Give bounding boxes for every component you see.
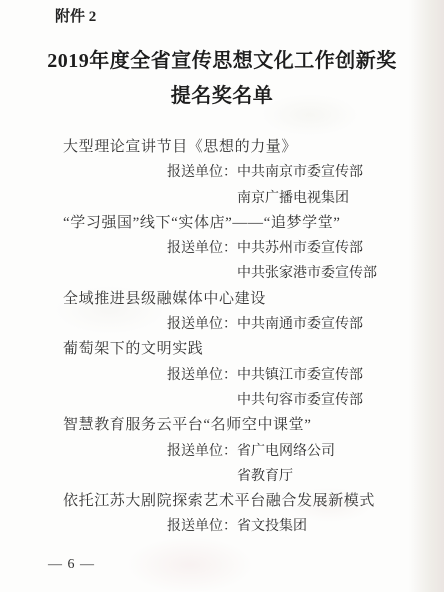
award-entry-1: 大型理论宣讲节目《思想的力量》 报送单位：中共南京市委宣传部 南京广播电视集团 — [0, 135, 444, 211]
unit-name: 中共苏州市委宣传部 — [237, 241, 363, 256]
unit-label: 报送单位： — [167, 317, 237, 332]
unit-name: 中共张家港市委宣传部 — [237, 261, 444, 286]
submitting-unit-line: 报送单位：中共镇江市委宣传部 — [167, 363, 444, 388]
project-name: 智慧教育服务云平台“名师空中课堂” — [63, 413, 444, 438]
unit-name: 省文投集团 — [237, 519, 307, 534]
project-name: 依托江苏大剧院探索艺术平台融合发展新模式 — [63, 489, 444, 514]
unit-name: 中共南通市委宣传部 — [237, 317, 363, 332]
award-entry-2: “学习强国”线下“实体店”——“追梦学堂” 报送单位：中共苏州市委宣传部 中共张… — [0, 211, 444, 287]
title-line-2: 提名奖名单 — [0, 79, 444, 114]
award-list: 大型理论宣讲节目《思想的力量》 报送单位：中共南京市委宣传部 南京广播电视集团 … — [0, 135, 444, 540]
unit-name: 南京广播电视集团 — [237, 186, 444, 211]
page-number: — 6 — — [48, 557, 444, 573]
unit-name: 省广电网络公司 — [237, 444, 335, 459]
unit-label: 报送单位： — [167, 241, 237, 256]
award-entry-4: 葡萄架下的文明实践 报送单位：中共镇江市委宣传部 中共句容市委宣传部 — [0, 337, 444, 413]
submitting-unit-line: 报送单位：中共苏州市委宣传部 — [167, 236, 444, 261]
project-name: 全域推进县级融媒体中心建设 — [63, 287, 444, 312]
award-entry-3: 全域推进县级融媒体中心建设 报送单位：中共南通市委宣传部 — [0, 287, 444, 338]
project-name: 大型理论宣讲节目《思想的力量》 — [63, 135, 444, 160]
submitting-unit-line: 报送单位：中共南京市委宣传部 — [167, 160, 444, 185]
project-name: 葡萄架下的文明实践 — [63, 337, 444, 362]
attachment-label: 附件 2 — [55, 0, 444, 27]
unit-label: 报送单位： — [167, 165, 237, 180]
submitting-unit-line: 报送单位：省文投集团 — [167, 514, 444, 539]
submitting-unit-line: 报送单位：省广电网络公司 — [167, 439, 444, 464]
unit-name: 中共南京市委宣传部 — [237, 165, 363, 180]
unit-name: 省教育厅 — [237, 464, 444, 489]
project-name: “学习强国”线下“实体店”——“追梦学堂” — [63, 211, 444, 236]
title-line-1: 2019年度全省宣传思想文化工作创新奖 — [0, 44, 444, 79]
unit-label: 报送单位： — [167, 519, 237, 534]
unit-name: 中共镇江市委宣传部 — [237, 368, 363, 383]
submitting-unit-line: 报送单位：中共南通市委宣传部 — [167, 312, 444, 337]
unit-label: 报送单位： — [167, 444, 237, 459]
award-entry-5: 智慧教育服务云平台“名师空中课堂” 报送单位：省广电网络公司 省教育厅 — [0, 413, 444, 489]
document-title: 2019年度全省宣传思想文化工作创新奖 提名奖名单 — [0, 44, 444, 114]
document-page: 附件 2 2019年度全省宣传思想文化工作创新奖 提名奖名单 大型理论宣讲节目《… — [0, 0, 444, 592]
award-entry-6: 依托江苏大剧院探索艺术平台融合发展新模式 报送单位：省文投集团 — [0, 489, 444, 540]
unit-name: 中共句容市委宣传部 — [237, 388, 444, 413]
unit-label: 报送单位： — [167, 368, 237, 383]
